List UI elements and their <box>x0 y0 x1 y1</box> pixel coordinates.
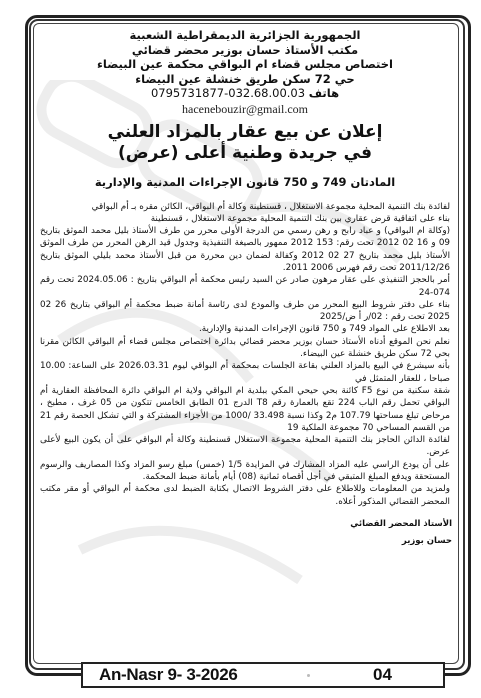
body-paragraph: بناء على اتفاقية قرض عقاري بين بنك التنم… <box>40 213 450 225</box>
body-paragraph: على أن يودع الراسي عليه المزاد المشارك ف… <box>40 459 450 484</box>
separator-dot <box>307 674 310 677</box>
legal-notice: الجمهورية الجزائرية الديمقراطية الشعبية … <box>38 28 452 550</box>
signature-title: الأستاذ المحضر القضائي <box>38 516 452 533</box>
office-address: حي 72 سكن طريق خنشلة عين البيضاء <box>38 72 452 87</box>
body-paragraph: ولمزيد من المعلومات وللاطلاع على دفتر ال… <box>40 483 450 508</box>
office-name: مكتب الأستاذ حسان بوزير محضر قضائي <box>38 43 452 58</box>
notice-title: إعلان عن بيع عقار بالمزاد العلني <box>38 122 452 143</box>
body-paragraph: بعد الاطلاع على المواد 749 و 750 قانون ا… <box>40 323 450 335</box>
body-paragraph: لفائدة الدائن الحاجز بنك التنمية المحلية… <box>40 434 450 459</box>
notice-body: لفائدة بنك التنمية المحلية مجموعة الاستغ… <box>38 201 452 508</box>
body-paragraph: (وكالة ام البواقي) و عباد رابح و رهن رسم… <box>40 225 450 274</box>
signature-block: الأستاذ المحضر القضائي حسان بوزير <box>38 516 452 550</box>
body-paragraph: بأنه سيشرع في البيع بالمزاد العلني بقاعة… <box>40 360 450 385</box>
body-paragraph: بناء على دفتر شروط البيع المحرر من طرف و… <box>40 299 450 324</box>
body-paragraph: لفائدة بنك التنمية المحلية مجموعة الاستغ… <box>40 201 450 213</box>
body-paragraph: نعلم نحن الموقع أدناه الأستاذ حسان بوزير… <box>40 336 450 361</box>
signature-name: حسان بوزير <box>38 533 452 550</box>
body-paragraph: أمر بالحجز التنفيذي على عقار مرهون صادر … <box>40 274 450 299</box>
phone-line: هاتف 0795731877-032.68.00.03 <box>38 86 452 101</box>
publication-footer: An-Nasr 9- 3-2026 04 <box>81 662 445 688</box>
republic-heading: الجمهورية الجزائرية الديمقراطية الشعبية <box>38 28 452 43</box>
page-number: 04 <box>373 665 392 685</box>
jurisdiction: اختصاص مجلس قضاء ام البواقي محكمة عين ال… <box>38 57 452 72</box>
phone-label: هاتف <box>309 86 339 100</box>
legal-articles: المادتان 749 و 750 قانون الإجراءات المدن… <box>38 175 452 189</box>
notice-title-line2: في جريدة وطنية أعلى (عرض) <box>38 143 452 164</box>
email-address: hacenebouzir@gmail.com <box>38 102 452 117</box>
body-paragraph: شقة سكنية من نوع F5 كائنة بحي حيحي المكي… <box>40 385 450 434</box>
phone-number: 0795731877-032.68.00.03 <box>151 86 305 100</box>
publication-date: An-Nasr 9- 3-2026 <box>99 665 279 685</box>
